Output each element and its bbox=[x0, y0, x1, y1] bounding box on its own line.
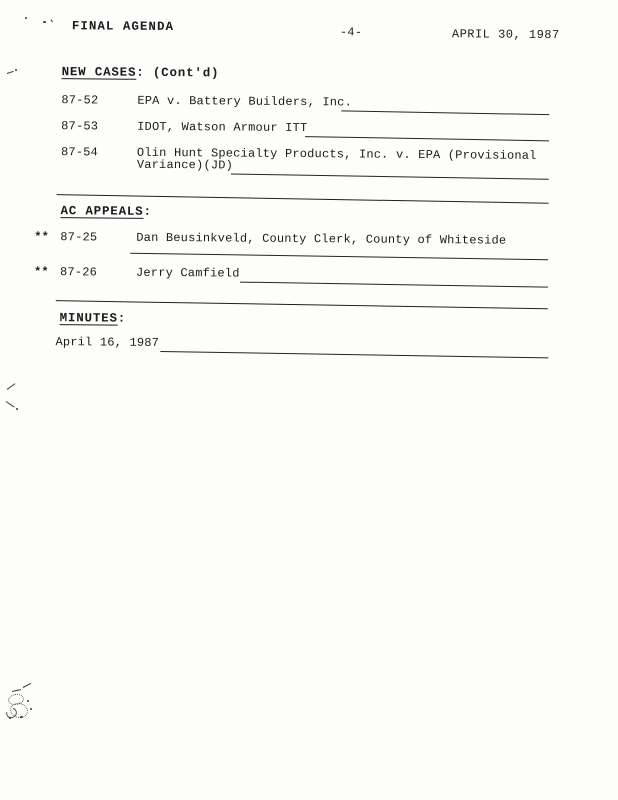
typed-content: FINAL AGENDA -4- APRIL 30, 1987 NEW CASE… bbox=[0, 0, 618, 800]
page-title: FINAL AGENDA bbox=[72, 20, 174, 34]
scanned-agenda-page: FINAL AGENDA -4- APRIL 30, 1987 NEW CASE… bbox=[0, 0, 618, 800]
section-heading-suffix: : (Cont'd) bbox=[136, 66, 219, 81]
section-divider-line bbox=[57, 194, 549, 204]
section-heading-label: MINUTES bbox=[60, 311, 118, 325]
section-heading-label: NEW CASES bbox=[62, 65, 137, 80]
scan-artifact-speck bbox=[20, 716, 23, 718]
case-number: 87-54 bbox=[61, 146, 98, 159]
header-date: APRIL 30, 1987 bbox=[452, 28, 560, 42]
case-number: 87-52 bbox=[61, 94, 98, 107]
case-marker: ** bbox=[34, 231, 49, 244]
scan-artifact-speck bbox=[15, 69, 17, 71]
blank-fill-line bbox=[160, 351, 548, 358]
blank-fill-line bbox=[130, 253, 548, 261]
section-heading-label: AC APPEALS bbox=[60, 204, 143, 219]
section-heading-suffix: : bbox=[143, 205, 151, 219]
case-text: Jerry Camfield bbox=[136, 267, 240, 281]
scan-artifact-speck bbox=[25, 17, 27, 19]
case-number: 87-53 bbox=[61, 120, 98, 133]
page-number: -4- bbox=[340, 26, 362, 39]
case-marker: ** bbox=[34, 266, 49, 279]
blank-fill-line bbox=[240, 282, 548, 288]
case-number: 87-25 bbox=[60, 231, 97, 244]
scan-artifact-speck bbox=[9, 717, 11, 719]
blank-fill-line bbox=[305, 136, 549, 141]
scan-artifact-speck bbox=[16, 408, 18, 410]
section-heading-new-cases: NEW CASES: (Cont'd) bbox=[62, 66, 220, 80]
case-text: EPA v. Battery Builders, Inc. bbox=[137, 95, 352, 110]
blank-fill-line bbox=[231, 174, 549, 180]
case-text: IDOT, Watson Armour ITT bbox=[137, 121, 307, 135]
case-text-line2: Variance)(JD) bbox=[137, 159, 233, 173]
section-heading-minutes: MINUTES: bbox=[60, 312, 127, 326]
scan-artifact-speck bbox=[27, 700, 29, 702]
blank-fill-line bbox=[341, 110, 549, 115]
scan-artifact-speck bbox=[43, 21, 46, 23]
case-text: Dan Beusinkveld, County Clerk, County of… bbox=[136, 232, 506, 248]
scan-artifact-speck bbox=[30, 708, 32, 710]
section-heading-suffix: : bbox=[118, 312, 126, 326]
section-heading-ac-appeals: AC APPEALS: bbox=[60, 205, 151, 219]
minutes-date: April 16, 1987 bbox=[55, 336, 159, 350]
case-number: 87-26 bbox=[60, 266, 97, 279]
section-divider-line bbox=[56, 300, 548, 309]
